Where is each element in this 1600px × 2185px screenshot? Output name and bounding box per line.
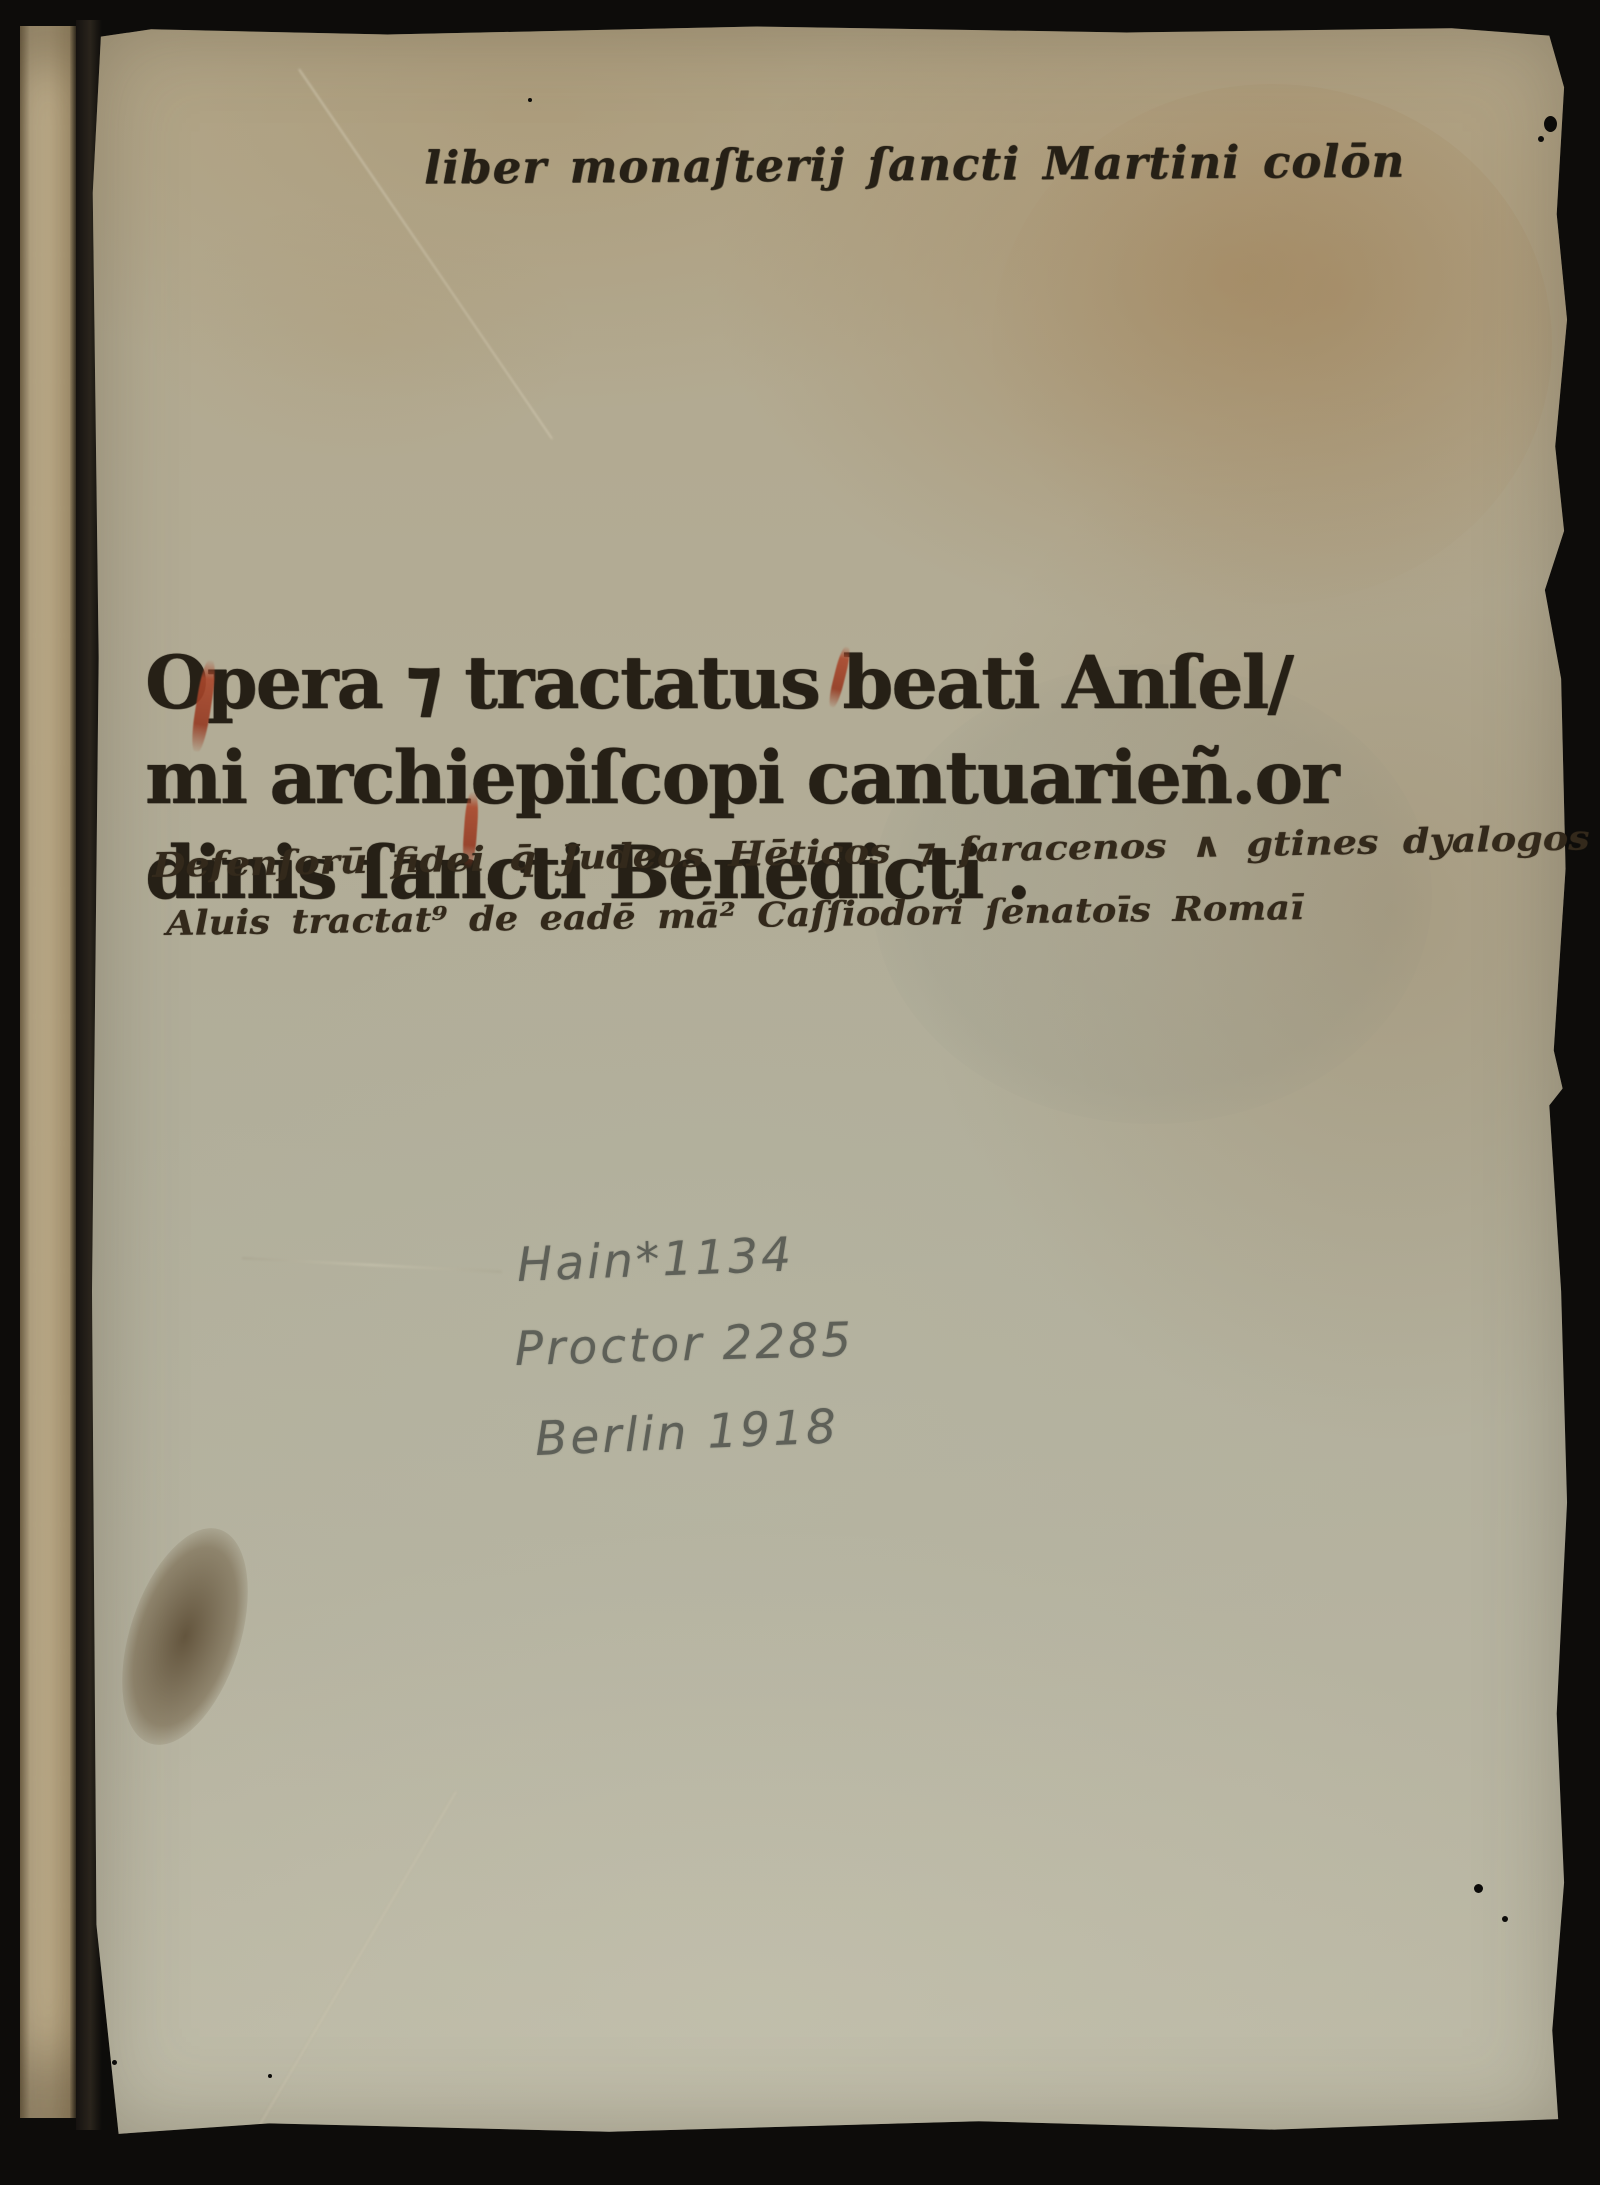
ink-speck bbox=[1538, 136, 1544, 142]
manuscript-page bbox=[92, 24, 1570, 2136]
ink-stain-blob bbox=[98, 1513, 272, 1761]
book-fore-edge bbox=[20, 26, 76, 2118]
photo-background: liber monaſterij ſancti Martini colōn Op… bbox=[0, 0, 1600, 2185]
crease-line bbox=[252, 1791, 458, 2137]
pencil-annotation-hain: Hain*1134 bbox=[516, 1227, 795, 1293]
ink-speck bbox=[1502, 1916, 1508, 1922]
ink-speck bbox=[112, 2060, 117, 2065]
title-line-2: mi archiepiſcopi cantuarieñ.or bbox=[145, 731, 1338, 826]
pencil-annotation-proctor: Proctor 2285 bbox=[514, 1313, 855, 1377]
ink-speck bbox=[1544, 116, 1557, 132]
crease-line bbox=[242, 1257, 502, 1273]
ink-speck bbox=[528, 98, 532, 102]
discoloration-top-left bbox=[152, 204, 572, 464]
ink-speck bbox=[268, 2074, 272, 2078]
title-line-1: Opera ⁊ tractatus beati Anſel/ bbox=[145, 636, 1338, 731]
ownership-inscription: liber monaſterij ſancti Martini colōn bbox=[424, 135, 1406, 195]
ink-speck bbox=[1474, 1884, 1483, 1893]
